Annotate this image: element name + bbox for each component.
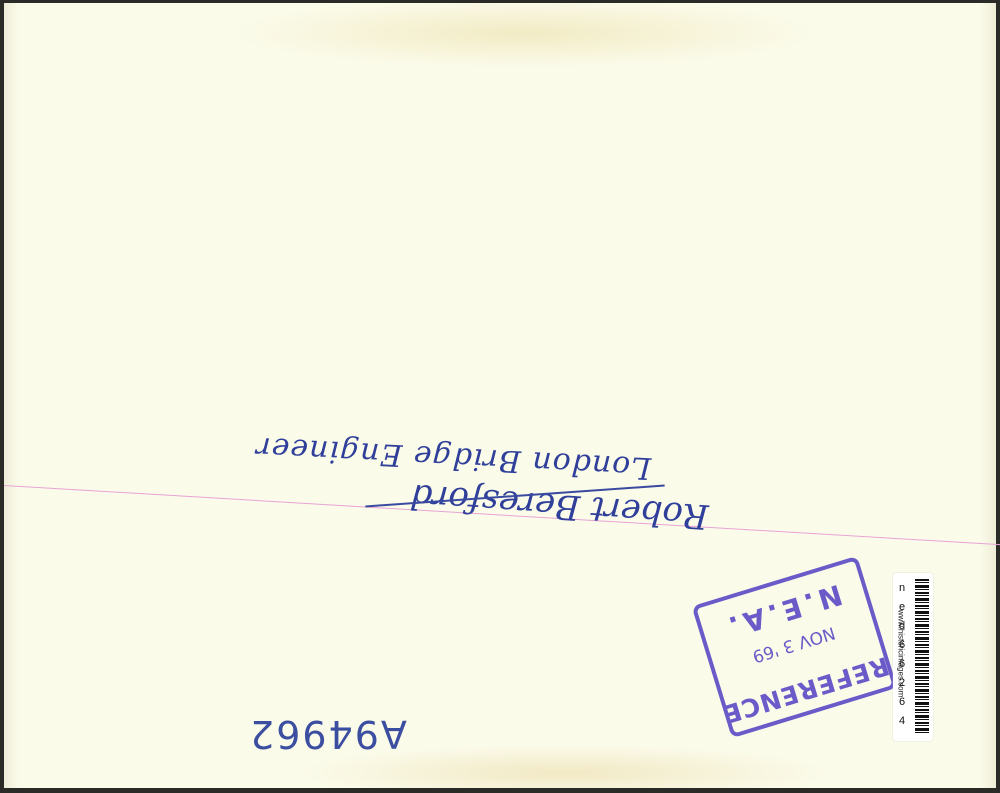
barcode-label: ned66264 www.historicimages.com [893,573,933,741]
barcode-icon [915,579,929,735]
archive-number: A94962 [248,712,407,756]
label-url: www.historicimages.com [897,594,906,714]
